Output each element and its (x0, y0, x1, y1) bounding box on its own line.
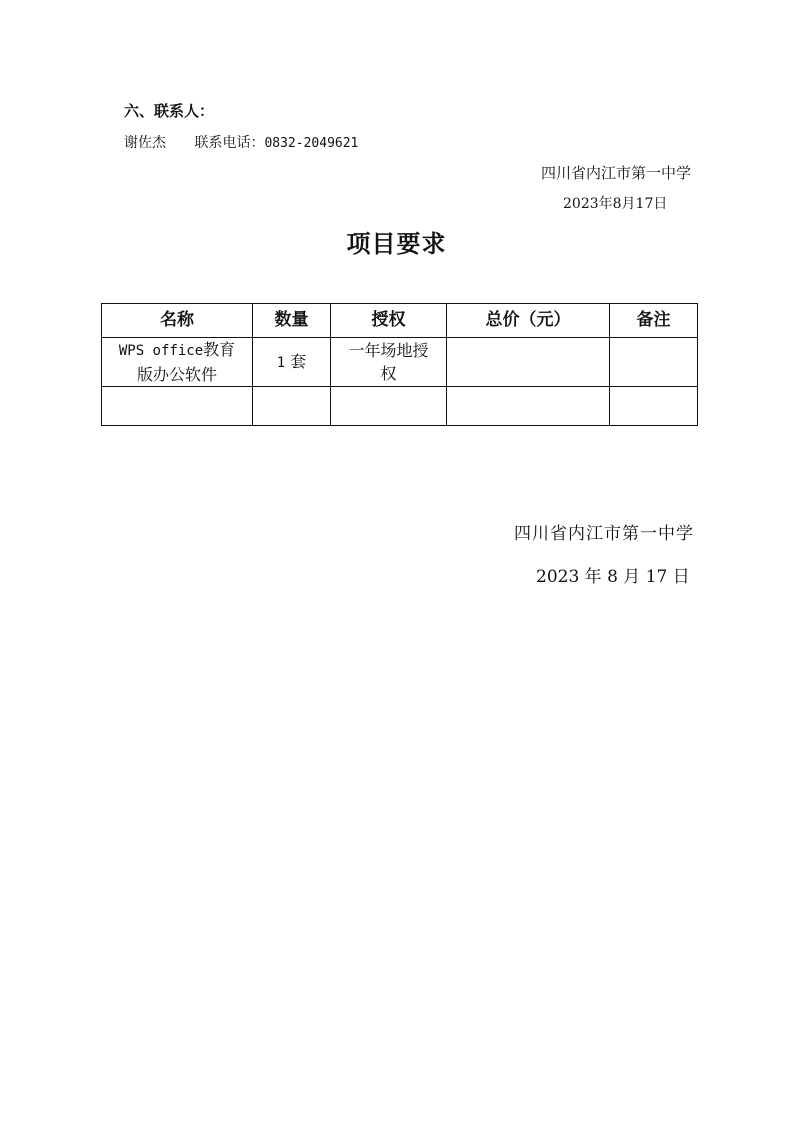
header-name: 名称 (102, 304, 253, 338)
cell-license: 一年场地授 权 (331, 338, 447, 387)
contact-section-heading: 六、联系人： (124, 100, 214, 121)
table-row: WPS office教育 版办公软件 1 套 一年场地授 权 (102, 338, 698, 387)
table-header-row: 名称 数量 授权 总价（元） 备注 (102, 304, 698, 338)
cell-total-price (447, 387, 610, 426)
header-total-price: 总价（元） (447, 304, 610, 338)
header-quantity: 数量 (253, 304, 331, 338)
phone-label: 联系电话： (194, 135, 264, 151)
organization-name-bottom: 四川省内江市第一中学 (514, 519, 694, 544)
date-top: 2023年8月17日 (563, 193, 667, 213)
phone-number: 0832-2049621 (264, 136, 358, 151)
page-title: 项目要求 (0, 224, 793, 259)
header-license: 授权 (331, 304, 447, 338)
cell-quantity: 1 套 (253, 338, 331, 387)
cell-remarks (610, 387, 698, 426)
cell-total-price (447, 338, 610, 387)
cell-license (331, 387, 447, 426)
cell-quantity (253, 387, 331, 426)
contact-line: 谢佐杰 联系电话：0832-2049621 (124, 132, 358, 152)
cell-name (102, 387, 253, 426)
cell-name: WPS office教育 版办公软件 (102, 338, 253, 387)
contact-name: 谢佐杰 (124, 135, 166, 151)
header-remarks: 备注 (610, 304, 698, 338)
requirements-table: 名称 数量 授权 总价（元） 备注 WPS office教育 版办公软件 1 套… (101, 303, 698, 426)
cell-remarks (610, 338, 698, 387)
table-row (102, 387, 698, 426)
organization-name-top: 四川省内江市第一中学 (541, 162, 691, 183)
date-bottom: 2023 年 8 月 17 日 (536, 562, 690, 587)
